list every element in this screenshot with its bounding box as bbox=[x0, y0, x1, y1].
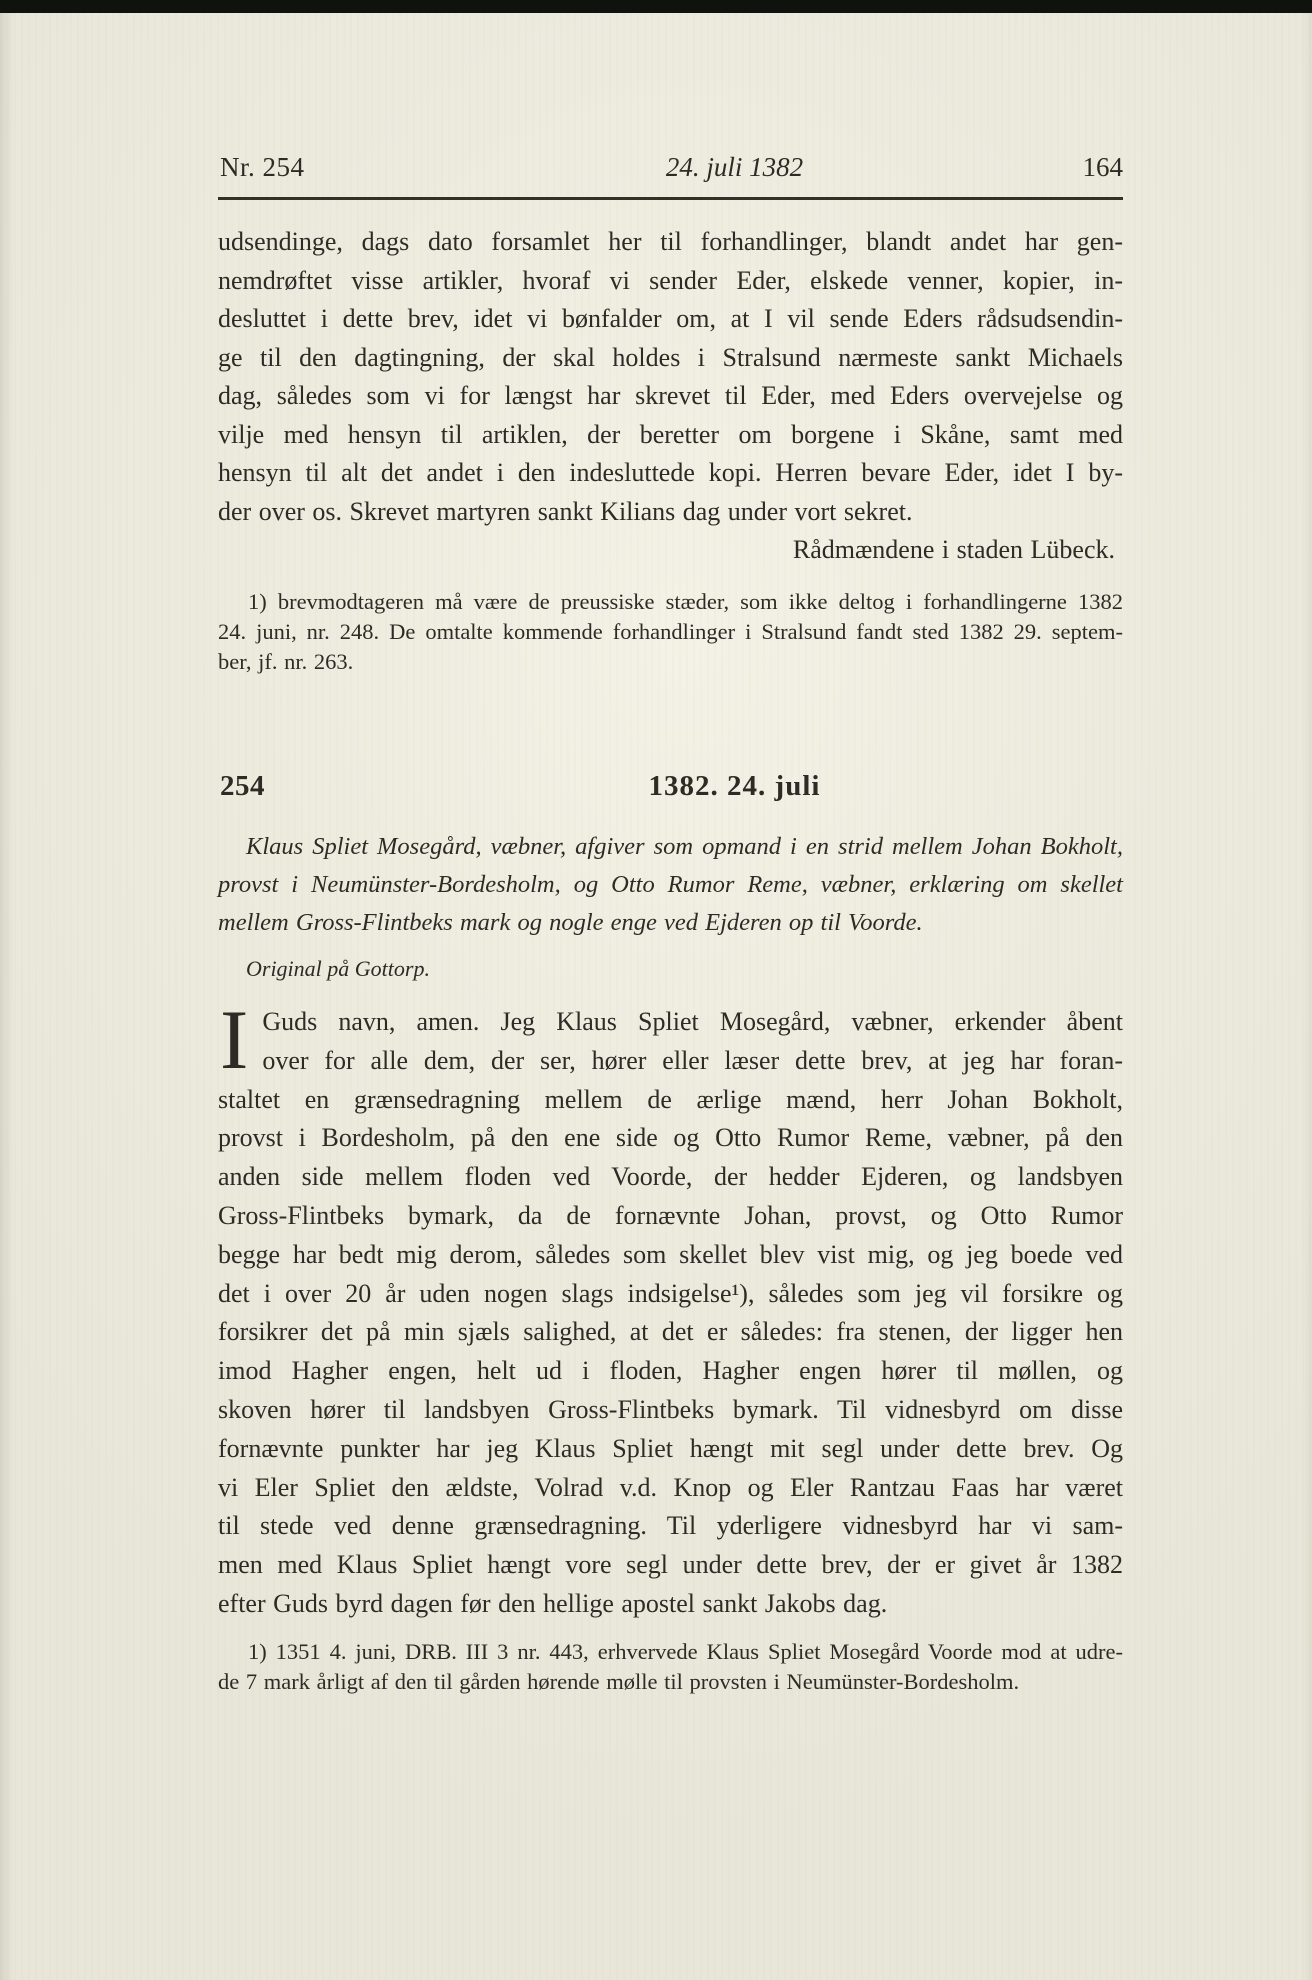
summary-line: mellem Gross-Flintbeks mark og nogle eng… bbox=[218, 904, 1123, 942]
text-line: skoven hører til landsbyen Gross-Flintbe… bbox=[218, 1391, 1123, 1430]
text-line: dag, således som vi for længst har skrev… bbox=[218, 377, 1123, 416]
footnote-line: 1) brevmodtageren må være de preussiske … bbox=[218, 587, 1123, 617]
text-line: begge har bedt mig derom, således som sk… bbox=[218, 1236, 1123, 1275]
summary-line: Klaus Spliet Mosegård, væbner, afgiver s… bbox=[218, 828, 1123, 866]
text-line: ge til den dagtingning, der skal holdes … bbox=[218, 339, 1123, 378]
text-line: imod Hagher engen, helt ud i floden, Hag… bbox=[218, 1352, 1123, 1391]
running-header: Nr. 254 24. juli 1382 164 bbox=[218, 152, 1123, 188]
footnote-line: 24. juni, nr. 248. De omtalte kommende f… bbox=[218, 617, 1123, 647]
footnote-line: 1) 1351 4. juni, DRB. III 3 nr. 443, erh… bbox=[218, 1637, 1123, 1667]
doc254-source-note: Original på Gottorp. bbox=[246, 956, 846, 982]
text-line: vilje med hensyn til artiklen, der beret… bbox=[218, 416, 1123, 455]
footnote-line: de 7 mark årligt af den til gården høren… bbox=[218, 1667, 1123, 1697]
text-line: forsikrer det på min sjæls salighed, at … bbox=[218, 1313, 1123, 1352]
doc254-heading: 254 1382. 24. juli bbox=[218, 770, 1123, 810]
text-line: Guds navn, amen. Jeg Klaus Spliet Mosegå… bbox=[218, 1003, 1123, 1042]
dropcap-initial: I bbox=[220, 1012, 248, 1068]
summary-line: provst i Neumünster-Bordesholm, og Otto … bbox=[218, 866, 1123, 904]
text-line: vi Eler Spliet den ældste, Volrad v.d. K… bbox=[218, 1469, 1123, 1508]
text-line: det i over 20 år uden nogen slags indsig… bbox=[218, 1275, 1123, 1314]
text-line: staltet en grænsedragning mellem de ærli… bbox=[218, 1081, 1123, 1120]
text-line: over for alle dem, der ser, hører eller … bbox=[218, 1042, 1123, 1081]
doc254-body-paragraph: I Guds navn, amen. Jeg Klaus Spliet Mose… bbox=[218, 1003, 1123, 1624]
entry-number: 254 bbox=[220, 770, 265, 803]
text-line: hensyn til alt det andet i den indeslutt… bbox=[218, 454, 1123, 493]
book-page: Nr. 254 24. juli 1382 164 udsendinge, da… bbox=[0, 0, 1312, 1980]
text-line: desluttet i dette brev, idet vi bønfalde… bbox=[218, 300, 1123, 339]
page-number: 164 bbox=[1083, 152, 1124, 183]
signature-line: Rådmændene i staden Lübeck. bbox=[218, 531, 1123, 570]
running-head-date: 24. juli 1382 bbox=[282, 152, 1187, 183]
text-line: Gross-Flintbeks bymark, da de fornævnte … bbox=[218, 1197, 1123, 1236]
text-line: anden side mellem floden ved Voorde, der… bbox=[218, 1158, 1123, 1197]
text-line: der over os. Skrevet martyren sankt Kili… bbox=[218, 493, 1123, 532]
text-line: til stede ved denne grænsedragning. Til … bbox=[218, 1507, 1123, 1546]
scan-edge-bar bbox=[0, 0, 1312, 13]
doc253-body-paragraph: udsendinge, dags dato forsamlet her til … bbox=[218, 223, 1123, 570]
text-line: udsendinge, dags dato forsamlet her til … bbox=[218, 223, 1123, 262]
text-line: fornævnte punkter har jeg Klaus Spliet h… bbox=[218, 1430, 1123, 1469]
text-line: efter Guds byrd dagen før den hellige ap… bbox=[218, 1585, 1123, 1624]
entry-date-heading: 1382. 24. juli bbox=[282, 770, 1187, 803]
footnote-line: ber, jf. nr. 263. bbox=[218, 647, 1123, 677]
header-rule bbox=[218, 197, 1123, 200]
doc253-footnote: 1) brevmodtageren må være de preussiske … bbox=[218, 587, 1123, 677]
doc254-footnote: 1) 1351 4. juni, DRB. III 3 nr. 443, erh… bbox=[218, 1637, 1123, 1697]
text-line: nemdrøftet visse artikler, hvoraf vi sen… bbox=[218, 262, 1123, 301]
doc254-summary: Klaus Spliet Mosegård, væbner, afgiver s… bbox=[218, 828, 1123, 942]
text-line: men med Klaus Spliet hængt vore segl und… bbox=[218, 1546, 1123, 1585]
text-line: provst i Bordesholm, på den ene side og … bbox=[218, 1119, 1123, 1158]
